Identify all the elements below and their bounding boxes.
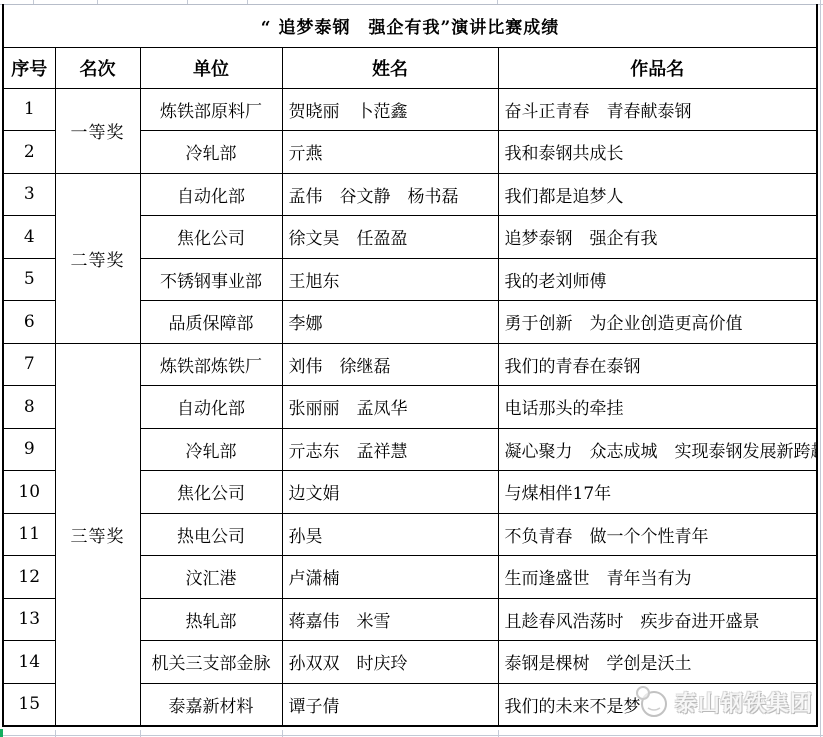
names-cell: 蒋嘉伟 米雪 (282, 598, 498, 641)
work-cell: 不负青春 做一个个性青年 (498, 513, 817, 556)
title-row: “ 追梦泰钢 强企有我”演讲比赛成绩 (3, 5, 817, 48)
names-cell: 孙双双 时庆玲 (282, 641, 498, 684)
names-cell: 徐文昊 任盈盈 (282, 216, 498, 259)
unit-cell: 机关三支部金脉 (140, 641, 282, 684)
unit-cell: 焦化公司 (140, 216, 282, 259)
names-cell: 张丽丽 孟凤华 (282, 386, 498, 429)
row-number-cell: 7 (3, 343, 55, 386)
unit-cell: 热轧部 (140, 598, 282, 641)
unit-cell: 品质保障部 (140, 301, 282, 344)
page-title: “ 追梦泰钢 强企有我”演讲比赛成绩 (3, 5, 817, 48)
results-table-head: “ 追梦泰钢 强企有我”演讲比赛成绩 序号 名次 单位 姓名 作品名 (3, 5, 817, 89)
unit-cell: 泰嘉新材料 (140, 683, 282, 726)
row-number-cell: 6 (3, 301, 55, 344)
names-cell: 王旭东 (282, 258, 498, 301)
column-header-work: 作品名 (498, 47, 817, 88)
unit-cell: 不锈钢事业部 (140, 258, 282, 301)
unit-cell: 冷轧部 (140, 428, 282, 471)
unit-cell: 自动化部 (140, 386, 282, 429)
work-cell: 生而逢盛世 青年当有为 (498, 556, 817, 599)
work-cell: 我们的未来不是梦 (498, 683, 817, 726)
work-cell: 电话那头的牵挂 (498, 386, 817, 429)
names-cell: 贺晓丽 卜范鑫 (282, 88, 498, 131)
names-cell: 李娜 (282, 301, 498, 344)
spreadsheet-canvas: “ 追梦泰钢 强企有我”演讲比赛成绩 序号 名次 单位 姓名 作品名 1一等奖炼… (0, 0, 823, 737)
gridline (820, 0, 821, 737)
work-cell: 勇于创新 为企业创造更高价值 (498, 301, 817, 344)
row-number-cell: 2 (3, 131, 55, 174)
table-row: 7三等奖炼铁部炼铁厂刘伟 徐继磊我们的青春在泰钢 (3, 343, 817, 386)
names-cell: 亓燕 (282, 131, 498, 174)
row-number-cell: 4 (3, 216, 55, 259)
work-cell: 与煤相伴17年 (498, 471, 817, 514)
gridline (282, 730, 283, 737)
rank-cell: 二等奖 (55, 173, 140, 343)
column-header-index: 序号 (3, 47, 55, 88)
names-cell: 亓志东 孟祥慧 (282, 428, 498, 471)
row-number-cell: 5 (3, 258, 55, 301)
names-cell: 谭子倩 (282, 683, 498, 726)
work-cell: 我和泰钢共成长 (498, 131, 817, 174)
work-cell: 我们的青春在泰钢 (498, 343, 817, 386)
rank-cell: 三等奖 (55, 343, 140, 726)
rank-cell: 一等奖 (55, 88, 140, 173)
header-row: 序号 名次 单位 姓名 作品名 (3, 47, 817, 88)
row-number-cell: 10 (3, 471, 55, 514)
row-number-cell: 8 (3, 386, 55, 429)
work-cell: 且趁春风浩荡时 疾步奋进开盛景 (498, 598, 817, 641)
names-cell: 卢潇楠 (282, 556, 498, 599)
unit-cell: 热电公司 (140, 513, 282, 556)
work-cell: 奋斗正青春 青春献泰钢 (498, 88, 817, 131)
column-header-rank: 名次 (55, 47, 140, 88)
names-cell: 孟伟 谷文静 杨书磊 (282, 173, 498, 216)
unit-cell: 焦化公司 (140, 471, 282, 514)
unit-cell: 汶汇港 (140, 556, 282, 599)
unit-cell: 自动化部 (140, 173, 282, 216)
results-table-body: 1一等奖炼铁部原料厂贺晓丽 卜范鑫奋斗正青春 青春献泰钢2冷轧部亓燕我和泰钢共成… (3, 88, 817, 726)
unit-cell: 炼铁部炼铁厂 (140, 343, 282, 386)
results-table: “ 追梦泰钢 强企有我”演讲比赛成绩 序号 名次 单位 姓名 作品名 1一等奖炼… (2, 4, 818, 727)
work-cell: 追梦泰钢 强企有我 (498, 216, 817, 259)
row-number-cell: 12 (3, 556, 55, 599)
work-cell: 泰钢是棵树 学创是沃土 (498, 641, 817, 684)
gridline (55, 730, 56, 737)
table-row: 3二等奖自动化部孟伟 谷文静 杨书磊我们都是追梦人 (3, 173, 817, 216)
names-cell: 孙昊 (282, 513, 498, 556)
excel-selection-marker (0, 729, 3, 737)
gridline (498, 730, 499, 737)
row-number-cell: 3 (3, 173, 55, 216)
row-number-cell: 14 (3, 641, 55, 684)
unit-cell: 冷轧部 (140, 131, 282, 174)
row-number-cell: 15 (3, 683, 55, 726)
column-header-unit: 单位 (140, 47, 282, 88)
gridline (140, 730, 141, 737)
work-cell: 我的老刘师傅 (498, 258, 817, 301)
row-number-cell: 9 (3, 428, 55, 471)
names-cell: 边文娟 (282, 471, 498, 514)
work-cell: 我们都是追梦人 (498, 173, 817, 216)
column-header-names: 姓名 (282, 47, 498, 88)
row-number-cell: 1 (3, 88, 55, 131)
table-row: 1一等奖炼铁部原料厂贺晓丽 卜范鑫奋斗正青春 青春献泰钢 (3, 88, 817, 131)
row-number-cell: 13 (3, 598, 55, 641)
gridline (0, 735, 823, 736)
work-cell: 凝心聚力 众志成城 实现泰钢发展新跨越 (498, 428, 817, 471)
row-number-cell: 11 (3, 513, 55, 556)
names-cell: 刘伟 徐继磊 (282, 343, 498, 386)
unit-cell: 炼铁部原料厂 (140, 88, 282, 131)
